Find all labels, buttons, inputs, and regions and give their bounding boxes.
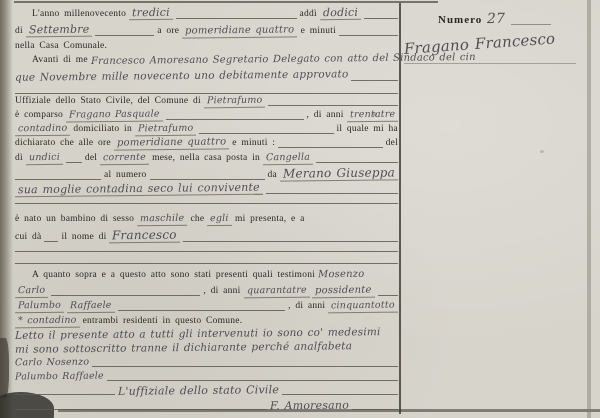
handwritten-text: Cangella — [263, 151, 313, 166]
form-line: sua moglie contadina seco lui convivente — [15, 182, 398, 196]
rule-line — [352, 405, 398, 410]
printed-text: del — [85, 152, 97, 165]
printed-text: Avanti di me — [32, 54, 88, 67]
handwritten-text: mi sono sottoscritto tranne il dichiaran… — [15, 340, 352, 357]
rule-line — [51, 291, 200, 296]
rule-line — [15, 199, 398, 204]
form-line: è comparsoFragano Pasquale, di annitrent… — [15, 108, 398, 122]
rule-line — [378, 291, 398, 296]
form-line: L'uffiziale dello stato Civile — [15, 384, 398, 397]
printed-text: nella Casa Comunale. — [15, 40, 107, 53]
printed-text: del — [386, 137, 398, 150]
form-line: A quanto sopra e a questo atto sono stat… — [32, 268, 398, 282]
printed-text: è nato un bambino di sesso — [15, 213, 134, 226]
form-line: dìundicidelcorrentemese, nella casa post… — [15, 151, 398, 165]
printed-text: , di anni — [307, 109, 344, 122]
scanned-birth-record: { "colors": { "paper": "#d7d4cc", "print… — [0, 0, 600, 418]
page-left-edge-dark-mark — [0, 338, 9, 398]
page-top-edge-line — [14, 1, 438, 3]
form-line: L'anno millenovecentotrediciaddìdodici — [32, 6, 398, 21]
rule-line — [364, 14, 398, 19]
form-line: PalumboRaffaele, di annicinquantotto — [15, 299, 398, 313]
paper-stain — [540, 150, 544, 153]
rule-line — [266, 189, 398, 194]
printed-text: dì — [15, 152, 23, 165]
handwritten-text: Carlo — [15, 284, 48, 298]
handwritten-text: Pietrafumo — [204, 94, 266, 109]
printed-text: L'anno millenovecento — [32, 8, 126, 21]
handwritten-text: corrente — [100, 151, 149, 166]
rule-line — [15, 405, 267, 410]
rule-line — [176, 14, 297, 19]
form-line: mi sono sottoscritto tranne il dichiaran… — [15, 342, 398, 355]
handwritten-text: L'uffiziale dello stato Civile — [118, 383, 279, 398]
form-line: al numerodaMerano Giuseppa — [15, 167, 398, 182]
handwritten-text: cinquantotto — [328, 299, 398, 314]
form-line: Carlo, di anniquarantatrepossidente — [15, 284, 398, 298]
printed-text: Uffiziale dello Stato Civile, del Comune… — [15, 95, 201, 108]
printed-text: cui dà — [15, 231, 41, 244]
form-line: que Novembre mille novecento uno debitam… — [15, 70, 398, 83]
form-line: F. Amoresano — [15, 399, 398, 412]
form-line: dichiarato che alle orepomeridiane quatt… — [15, 136, 398, 150]
handwritten-text: possidente — [312, 284, 375, 299]
handwritten-text: Francesco — [109, 229, 180, 244]
form-line: Carlo Nosenzo — [15, 356, 398, 369]
handwritten-text: Palumbo Raffaele — [15, 370, 104, 384]
rule-line — [316, 158, 398, 163]
rule-line — [268, 101, 398, 106]
form-line: cui dàil nome diFrancesco — [15, 229, 398, 244]
handwritten-text: Settembre — [26, 23, 93, 38]
document-page: Numero 27 Fragano Francesco L'anno mille… — [0, 0, 600, 418]
rule-line — [118, 306, 285, 311]
handwritten-text: tredici — [129, 6, 173, 20]
printed-text: dichiarato che alle ore — [15, 137, 111, 150]
rule-line — [339, 31, 398, 36]
printed-text: , di anni — [288, 300, 325, 313]
handwritten-text: trentatre — [347, 108, 399, 123]
handwritten-text: Francesco Amoresano Segretario Delegato … — [91, 51, 476, 68]
form-line: è nato un bambino di sessomaschilecheegl… — [15, 212, 398, 226]
handwritten-text: Palumbo — [15, 299, 64, 314]
form-line: Palumbo Raffaele — [15, 370, 398, 383]
record-number-row: Numero 27 — [438, 11, 551, 27]
printed-text: che — [190, 213, 204, 226]
handwritten-text: que Novembre mille novecento uno debitam… — [15, 68, 349, 84]
handwritten-text: Fragano Pasquale — [66, 107, 163, 122]
printed-text: è comparso — [15, 109, 63, 122]
rule-line — [44, 237, 58, 242]
handwritten-text: contadino — [15, 122, 71, 137]
record-number-value: 27 — [487, 11, 505, 27]
handwritten-text: Merano Giuseppa — [280, 166, 398, 181]
form-line: Uffiziale dello Stato Civile, del Comune… — [15, 94, 398, 108]
form-line: Avanti di meFrancesco Amoresano Segretar… — [32, 53, 398, 67]
handwritten-text: Pietrafumo — [135, 122, 197, 137]
handwritten-text: Carlo Nosenzo — [15, 356, 89, 370]
rule-line — [95, 31, 154, 36]
handwritten-text: Mosenzo — [318, 268, 365, 281]
handwritten-text: F. Amoresano — [270, 399, 349, 413]
form-line: Letto il presente atto a tutti gli inter… — [15, 328, 398, 341]
printed-text: a ore — [157, 25, 179, 38]
handwritten-text: pomeridiane quattro — [114, 135, 229, 150]
printed-text: domiciliato in — [73, 123, 132, 136]
rule-line — [15, 175, 101, 180]
form-line: contadinodomiciliato inPietrafumoil qual… — [15, 122, 398, 136]
printed-text: al numero — [104, 169, 147, 182]
handwritten-text: pomeridiane quattro — [182, 23, 297, 38]
handwritten-text: quarantatre — [243, 284, 309, 299]
printed-text: il nome di — [61, 231, 106, 244]
form-line — [15, 247, 398, 254]
printed-text: addì — [300, 8, 317, 21]
rule-line — [282, 390, 398, 395]
handwritten-text: dodici — [320, 6, 361, 20]
printed-text: , di anni — [203, 285, 240, 298]
form-line: nella Casa Comunale. — [15, 40, 398, 53]
printed-text: di — [15, 25, 23, 38]
printed-text: mese, nella casa posta in — [152, 152, 260, 165]
printed-text: entrambi residenti in questo Comune. — [83, 315, 243, 328]
rule-line — [92, 362, 398, 367]
page-right-edge-shadow — [587, 0, 591, 418]
rule-line — [150, 175, 265, 180]
form-line — [15, 199, 398, 206]
printed-text: A quanto sopra e a questo atto sono stat… — [32, 269, 315, 282]
rule-line — [107, 376, 398, 381]
form-line: diSettembrea orepomeridiane quattroe min… — [15, 23, 398, 38]
rule-line — [15, 247, 398, 252]
printed-text: il quale mi ha — [337, 123, 398, 136]
handwritten-text: undici — [26, 151, 63, 165]
printed-text: e minuti — [301, 25, 336, 38]
record-number-label: Numero — [438, 14, 482, 26]
rule-line — [278, 143, 382, 148]
rule-line — [15, 259, 398, 264]
handwritten-text: * contadino — [15, 314, 80, 329]
handwritten-text: egli — [207, 212, 232, 226]
rule-line — [351, 76, 398, 81]
form-line — [15, 259, 398, 266]
printed-text: mi presenta, e a — [235, 213, 305, 226]
printed-text: da — [268, 169, 277, 182]
printed-text: e minuti : — [232, 137, 275, 150]
rule-line — [166, 115, 304, 120]
rule-line — [15, 390, 115, 395]
rule-line — [66, 158, 82, 163]
rule-line — [511, 20, 551, 25]
handwritten-text: Raffaele — [67, 299, 115, 313]
rule-line — [199, 129, 333, 134]
handwritten-text: sua moglie contadina seco lui convivente — [15, 181, 263, 198]
handwritten-text: maschile — [137, 212, 187, 227]
rule-line — [183, 237, 398, 242]
